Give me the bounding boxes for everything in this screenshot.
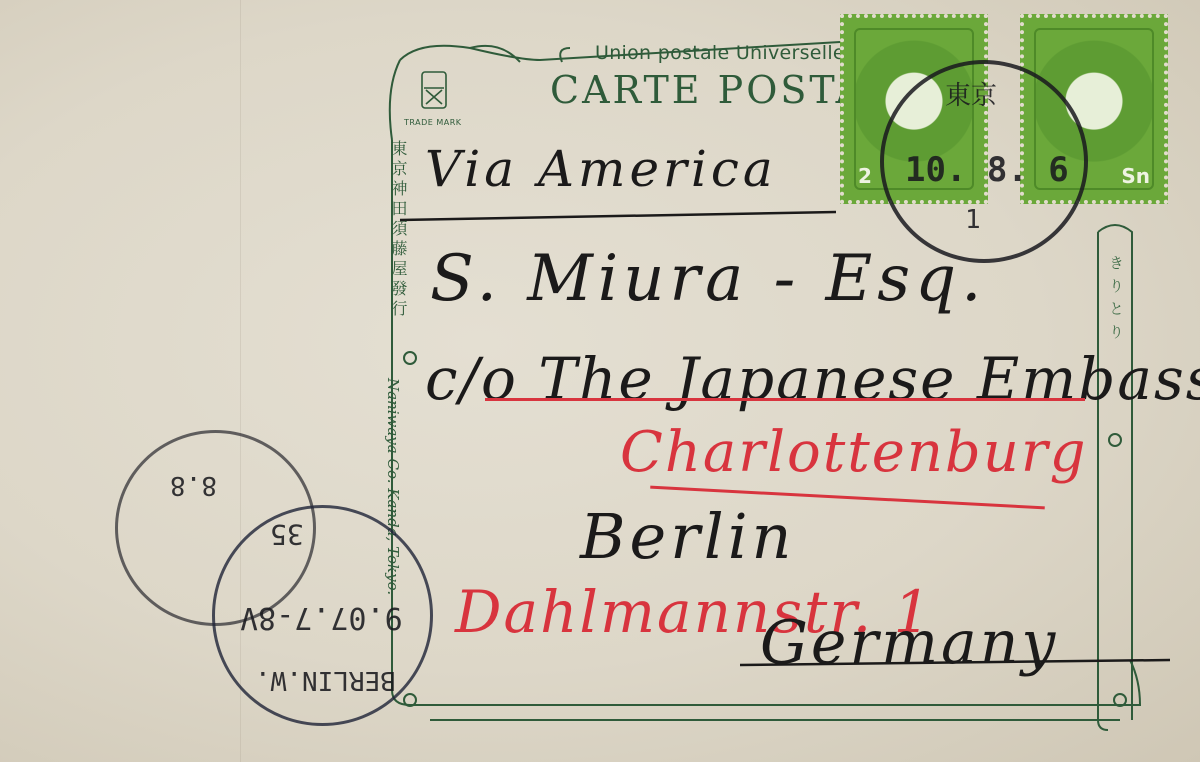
transit-postmark-date: 8.8 bbox=[170, 470, 217, 500]
origin-postmark-date: 10. 8. 6 bbox=[905, 150, 1069, 190]
trademark-label: TRADE MARK bbox=[404, 118, 462, 127]
routing-instruction: Via America bbox=[425, 140, 777, 198]
berlin-postmark-city: BERLIN.W. bbox=[255, 665, 396, 695]
berlin-postmark-date: 9.07.7-8V bbox=[240, 600, 403, 635]
country-line: Germany bbox=[760, 608, 1058, 678]
trademark-logo bbox=[422, 72, 446, 108]
addressee-name: S. Miura - Esq. bbox=[430, 242, 986, 316]
origin-postmark-number: 1 bbox=[965, 205, 981, 235]
origin-postmark-place: 東京 bbox=[945, 75, 997, 112]
side-kana-label: きりとり bbox=[1106, 255, 1127, 347]
berlin-postmark-number: 35 bbox=[270, 518, 304, 551]
union-postale-heading: Union postale Universelle bbox=[595, 42, 845, 64]
postcard-back: Union postale Universelle CARTE POSTALE … bbox=[0, 0, 1200, 762]
stamp-denomination: 2 bbox=[858, 164, 872, 188]
stamp-denomination: Sn bbox=[1121, 164, 1150, 188]
publisher-japanese-imprint: 東京神田須藤屋發行 bbox=[387, 140, 410, 320]
redirect-address-charlottenburg: Charlottenburg bbox=[620, 420, 1087, 485]
city-line: Berlin bbox=[580, 500, 795, 573]
care-of-line: c/o The Japanese Embassy bbox=[425, 345, 1200, 413]
red-strikethrough bbox=[485, 398, 1085, 401]
